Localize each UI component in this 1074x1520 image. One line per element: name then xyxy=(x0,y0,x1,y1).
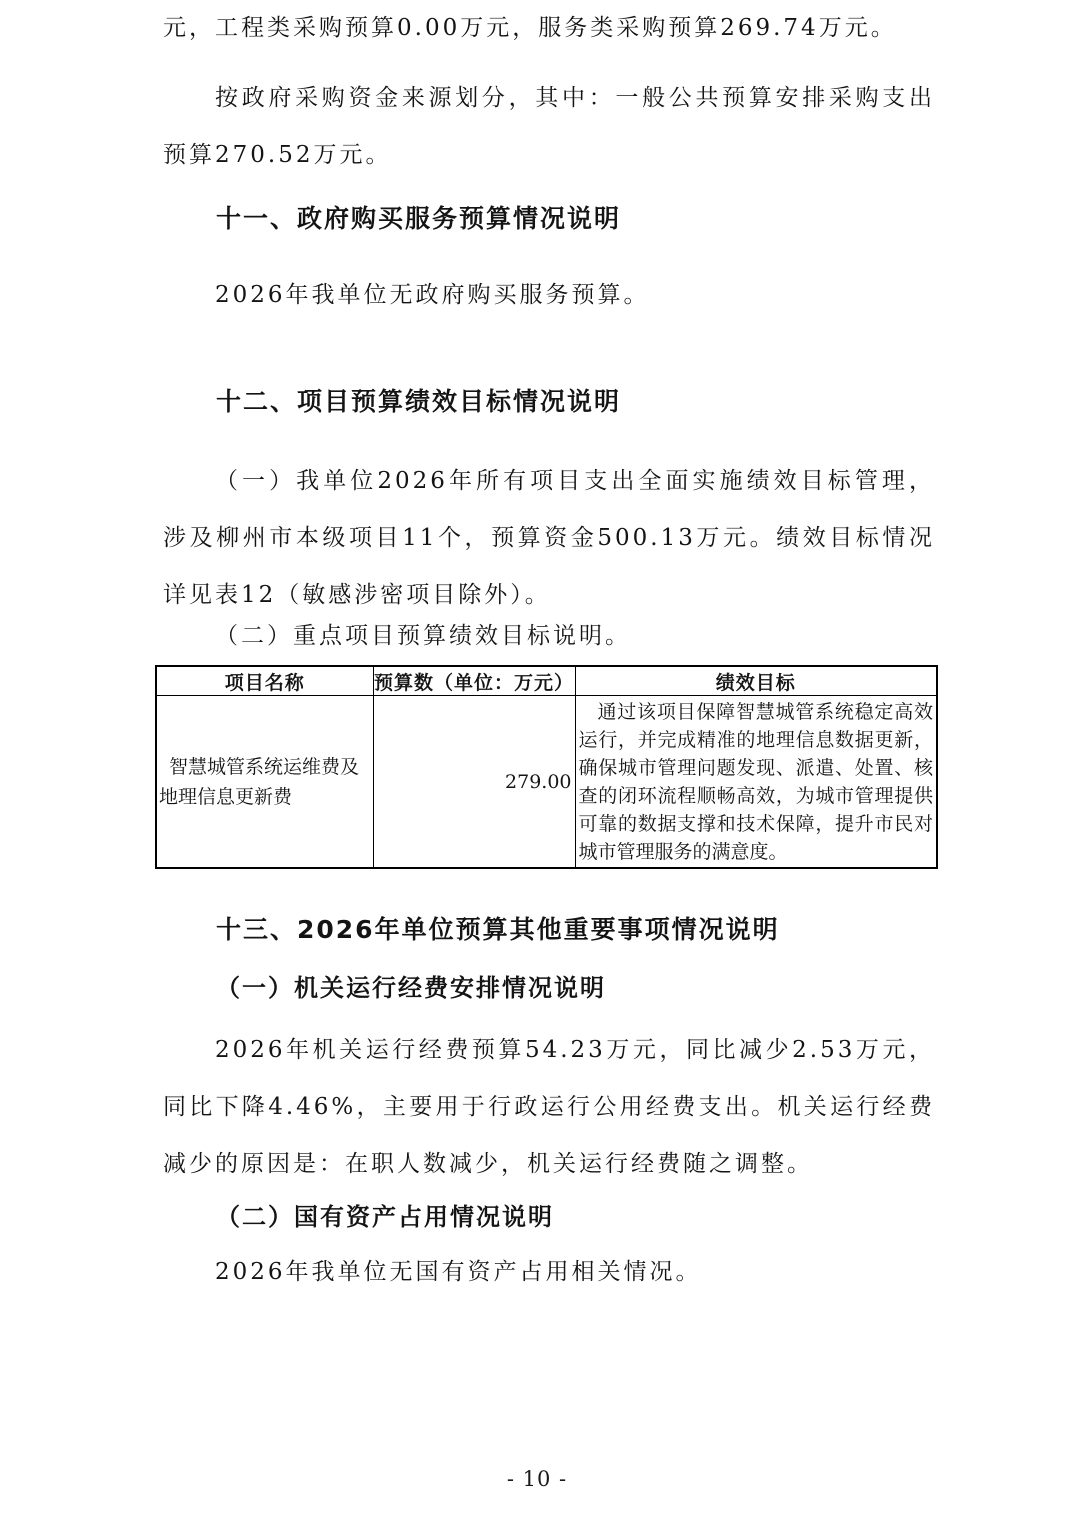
cell-budget-amount: 279.00 xyxy=(373,696,575,869)
subsection-operating-funds-heading: （一）机关运行经费安排情况说明 xyxy=(163,973,935,1003)
page-number: - 10 - xyxy=(0,1467,1074,1491)
subsection-state-assets-heading: （二）国有资产占用情况说明 xyxy=(163,1202,935,1232)
column-header-budget: 预算数（单位：万元） xyxy=(373,666,575,696)
section-13-heading: 十三、2026年单位预算其他重要事项情况说明 xyxy=(163,915,935,945)
document-body: 元，工程类采购预算0.00万元，服务类采购预算269.74万元。 按政府采购资金… xyxy=(163,0,935,1301)
table-row: 智慧城管系统运维费及地理信息更新费 279.00 通过该项目保障智慧城管系统稳定… xyxy=(156,696,937,869)
table-header-row: 项目名称 预算数（单位：万元） 绩效目标 xyxy=(156,666,937,696)
paragraph-no-gov-purchase: 2026年我单位无政府购买服务预算。 xyxy=(163,267,935,324)
section-12-heading: 十二、项目预算绩效目标情况说明 xyxy=(163,387,935,417)
paragraph-funding-source: 按政府采购资金来源划分，其中：一般公共预算安排采购支出预算270.52万元。 xyxy=(163,70,935,184)
cell-project-name: 智慧城管系统运维费及地理信息更新费 xyxy=(156,696,373,869)
paragraph-state-assets: 2026年我单位无国有资产占用相关情况。 xyxy=(163,1244,935,1301)
paragraph-procurement-continuation: 元，工程类采购预算0.00万元，服务类采购预算269.74万元。 xyxy=(163,0,935,57)
paragraph-performance-overview: （一）我单位2026年所有项目支出全面实施绩效目标管理，涉及柳州市本级项目11个… xyxy=(163,453,935,624)
performance-target-table: 项目名称 预算数（单位：万元） 绩效目标 智慧城管系统运维费及地理信息更新费 2… xyxy=(155,665,938,869)
column-header-project-name: 项目名称 xyxy=(156,666,373,696)
paragraph-operating-funds: 2026年机关运行经费预算54.23万元，同比减少2.53万元，同比下降4.46… xyxy=(163,1022,935,1193)
cell-performance-target: 通过该项目保障智慧城管系统稳定高效运行，并完成精准的地理信息数据更新，确保城市管… xyxy=(575,696,937,869)
document-page: 元，工程类采购预算0.00万元，服务类采购预算269.74万元。 按政府采购资金… xyxy=(0,0,1074,1520)
paragraph-key-project-note: （二）重点项目预算绩效目标说明。 xyxy=(163,608,935,665)
section-11-heading: 十一、政府购买服务预算情况说明 xyxy=(163,204,935,234)
column-header-performance-target: 绩效目标 xyxy=(575,666,937,696)
